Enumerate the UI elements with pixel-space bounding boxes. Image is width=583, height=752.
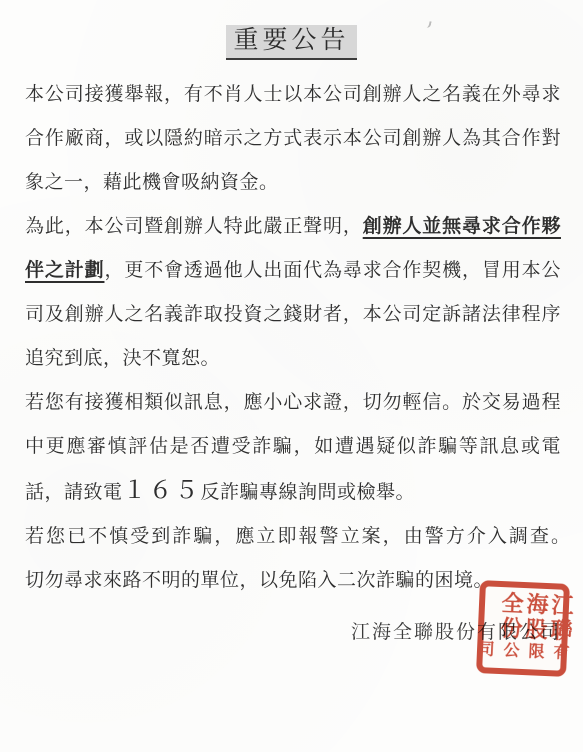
- anti-fraud-hotline-number: １６５: [123, 478, 201, 504]
- paragraph-2-lead: 為此，本公司暨創辦人特此嚴正聲明，: [25, 216, 363, 237]
- paragraph-declaration: 為此，本公司暨創辦人特此嚴正聲明，創辦人並無尋求合作夥伴之計劃，更不會透過他人出…: [25, 205, 561, 381]
- paragraph-1-text: 本公司接獲舉報，有不肖人士以本公司創辦人之名義在外尋求合作廠商，或以隱約暗示之方…: [25, 84, 561, 193]
- company-seal-stamp: 江海全 聯股份 有限公司: [476, 580, 570, 677]
- document-body: 本公司接獲舉報，有不肖人士以本公司創辦人之名義在外尋求合作廠商，或以隱約暗示之方…: [25, 73, 561, 603]
- announcement-document: 重要公告 本公司接獲舉報，有不肖人士以本公司創辦人之名義在外尋求合作廠商，或以隱…: [0, 0, 583, 752]
- paragraph-3-rest: 反詐騙專線詢問或檢舉。: [201, 482, 416, 503]
- seal-column-middle: 聯股份: [472, 615, 573, 644]
- title-row: 重要公告: [0, 0, 583, 63]
- seal-column-left: 有限公司: [471, 640, 572, 667]
- paragraph-report-notice: 本公司接獲舉報，有不肖人士以本公司創辦人之名義在外尋求合作廠商，或以隱約暗示之方…: [25, 73, 561, 205]
- paragraph-2-rest: ，更不會透過他人出面代為尋求合作契機，冒用本公司及創辦人之名義詐取投資之錢財者，…: [25, 260, 561, 369]
- seal-script-text: 江海全 聯股份 有限公司: [471, 589, 574, 667]
- document-title: 重要公告: [226, 25, 356, 60]
- paragraph-fraud-warning: 若您有接獲相類似訊息，應小心求證，切勿輕信。於交易過程中更應審慎評估是否遭受詐騙…: [25, 381, 561, 515]
- seal-column-right: 江海全: [474, 589, 575, 618]
